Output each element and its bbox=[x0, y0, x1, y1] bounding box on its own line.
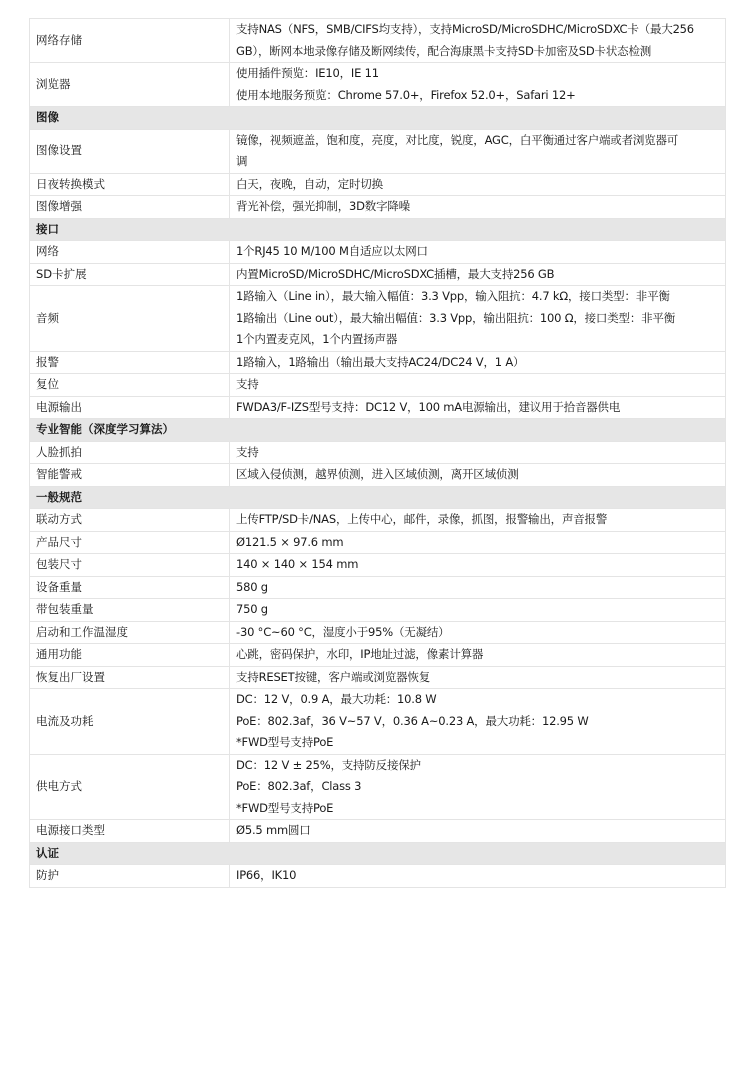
spec-row: 智能警戒区域入侵侦测，越界侦测，进入区域侦测，离开区域侦测 bbox=[30, 464, 726, 487]
spec-value: FWDA3/F-IZS型号支持：DC12 V，100 mA电源输出，建议用于拾音… bbox=[230, 396, 726, 419]
spec-key: 设备重量 bbox=[30, 576, 230, 599]
spec-value-line: Ø121.5 × 97.6 mm bbox=[236, 532, 719, 554]
spec-value-line: -30 °C~60 °C，湿度小于95%（无凝结） bbox=[236, 622, 719, 644]
spec-value-line: 支持 bbox=[236, 374, 719, 396]
spec-value: 心跳，密码保护，水印，IP地址过滤，像素计算器 bbox=[230, 644, 726, 667]
spec-value-line: PoE：802.3af，Class 3 bbox=[236, 776, 719, 798]
spec-key: 恢复出厂设置 bbox=[30, 666, 230, 689]
spec-value-line: 镜像，视频遮盖，饱和度，亮度，对比度，锐度，AGC，白平衡通过客户端或者浏览器可 bbox=[236, 130, 719, 152]
spec-row: 联动方式上传FTP/SD卡/NAS，上传中心，邮件，录像，抓图，报警输出，声音报… bbox=[30, 509, 726, 532]
spec-row: 电流及功耗DC：12 V，0.9 A，最大功耗：10.8 WPoE：802.3a… bbox=[30, 689, 726, 755]
spec-value: 580 g bbox=[230, 576, 726, 599]
spec-row: 人脸抓拍支持 bbox=[30, 441, 726, 464]
spec-key: 音频 bbox=[30, 286, 230, 352]
spec-key: 复位 bbox=[30, 374, 230, 397]
spec-key: 图像增强 bbox=[30, 196, 230, 219]
spec-row: 防护IP66，IK10 bbox=[30, 865, 726, 888]
spec-value-line: 1个内置麦克风，1个内置扬声器 bbox=[236, 329, 719, 351]
section-header: 图像 bbox=[30, 107, 726, 130]
spec-value-line: 区域入侵侦测，越界侦测，进入区域侦测，离开区域侦测 bbox=[236, 464, 719, 486]
spec-key: 网络 bbox=[30, 241, 230, 264]
spec-value-line: 使用本地服务预览：Chrome 57.0+，Firefox 52.0+，Safa… bbox=[236, 85, 719, 107]
spec-value: 750 g bbox=[230, 599, 726, 622]
spec-row: 复位支持 bbox=[30, 374, 726, 397]
spec-key: 防护 bbox=[30, 865, 230, 888]
spec-value-line: 白天，夜晚，自动，定时切换 bbox=[236, 174, 719, 196]
spec-table-body: 网络存储支持NAS（NFS，SMB/CIFS均支持），支持MicroSD/Mic… bbox=[30, 19, 726, 888]
spec-value-line: FWDA3/F-IZS型号支持：DC12 V，100 mA电源输出，建议用于拾音… bbox=[236, 397, 719, 419]
spec-key: 人脸抓拍 bbox=[30, 441, 230, 464]
spec-key: 日夜转换模式 bbox=[30, 173, 230, 196]
section-header: 接口 bbox=[30, 218, 726, 241]
spec-key: 供电方式 bbox=[30, 754, 230, 820]
spec-row: 设备重量580 g bbox=[30, 576, 726, 599]
spec-key: 联动方式 bbox=[30, 509, 230, 532]
spec-value: 支持 bbox=[230, 441, 726, 464]
spec-value-line: 支持 bbox=[236, 442, 719, 464]
spec-value: 镜像，视频遮盖，饱和度，亮度，对比度，锐度，AGC，白平衡通过客户端或者浏览器可… bbox=[230, 129, 726, 173]
section-title: 专业智能（深度学习算法） bbox=[30, 419, 726, 442]
spec-value-line: 750 g bbox=[236, 599, 719, 621]
spec-value: 1个RJ45 10 M/100 M自适应以太网口 bbox=[230, 241, 726, 264]
spec-key: 通用功能 bbox=[30, 644, 230, 667]
spec-key: 浏览器 bbox=[30, 63, 230, 107]
spec-value-line: 1路输出（Line out），最大输出幅值：3.3 Vpp，输出阻抗：100 Ω… bbox=[236, 308, 719, 330]
spec-row: 浏览器使用插件预览：IE10，IE 11使用本地服务预览：Chrome 57.0… bbox=[30, 63, 726, 107]
spec-value: 支持RESET按键，客户端或浏览器恢复 bbox=[230, 666, 726, 689]
spec-value: IP66，IK10 bbox=[230, 865, 726, 888]
spec-value-line: DC：12 V，0.9 A，最大功耗：10.8 W bbox=[236, 689, 719, 711]
spec-row: 音频1路输入（Line in），最大输入幅值：3.3 Vpp，输入阻抗：4.7 … bbox=[30, 286, 726, 352]
spec-row: 供电方式DC：12 V ± 25%，支持防反接保护PoE：802.3af，Cla… bbox=[30, 754, 726, 820]
spec-value: 支持 bbox=[230, 374, 726, 397]
spec-key: 电源接口类型 bbox=[30, 820, 230, 843]
spec-key: 网络存储 bbox=[30, 19, 230, 63]
spec-value-line: *FWD型号支持PoE bbox=[236, 732, 719, 754]
spec-value: Ø121.5 × 97.6 mm bbox=[230, 531, 726, 554]
spec-value-line: 内置MicroSD/MicroSDHC/MicroSDXC插槽，最大支持256 … bbox=[236, 264, 719, 286]
spec-value-line: 580 g bbox=[236, 577, 719, 599]
spec-value-line: 背光补偿，强光抑制，3D数字降噪 bbox=[236, 196, 719, 218]
spec-value-line: 调 bbox=[236, 151, 719, 173]
spec-table: 网络存储支持NAS（NFS，SMB/CIFS均支持），支持MicroSD/Mic… bbox=[29, 18, 726, 888]
spec-row: 包装尺寸140 × 140 × 154 mm bbox=[30, 554, 726, 577]
spec-row: 网络存储支持NAS（NFS，SMB/CIFS均支持），支持MicroSD/Mic… bbox=[30, 19, 726, 63]
spec-row: 恢复出厂设置支持RESET按键，客户端或浏览器恢复 bbox=[30, 666, 726, 689]
spec-key: 启动和工作温湿度 bbox=[30, 621, 230, 644]
spec-value: -30 °C~60 °C，湿度小于95%（无凝结） bbox=[230, 621, 726, 644]
spec-value-line: PoE：802.3af，36 V~57 V，0.36 A~0.23 A，最大功耗… bbox=[236, 711, 719, 733]
spec-value-line: 上传FTP/SD卡/NAS，上传中心，邮件，录像，抓图，报警输出，声音报警 bbox=[236, 509, 719, 531]
spec-row: 电源接口类型Ø5.5 mm圆口 bbox=[30, 820, 726, 843]
section-title: 认证 bbox=[30, 842, 726, 865]
section-title: 图像 bbox=[30, 107, 726, 130]
spec-value: DC：12 V ± 25%，支持防反接保护PoE：802.3af，Class 3… bbox=[230, 754, 726, 820]
section-header: 专业智能（深度学习算法） bbox=[30, 419, 726, 442]
spec-value-line: 140 × 140 × 154 mm bbox=[236, 554, 719, 576]
spec-value: 使用插件预览：IE10，IE 11使用本地服务预览：Chrome 57.0+，F… bbox=[230, 63, 726, 107]
spec-value: Ø5.5 mm圆口 bbox=[230, 820, 726, 843]
spec-row: 报警1路输入，1路输出（输出最大支持AC24/DC24 V，1 A） bbox=[30, 351, 726, 374]
section-header: 一般规范 bbox=[30, 486, 726, 509]
spec-row: 图像设置镜像，视频遮盖，饱和度，亮度，对比度，锐度，AGC，白平衡通过客户端或者… bbox=[30, 129, 726, 173]
spec-value: 区域入侵侦测，越界侦测，进入区域侦测，离开区域侦测 bbox=[230, 464, 726, 487]
spec-key: 图像设置 bbox=[30, 129, 230, 173]
spec-value-line: 使用插件预览：IE10，IE 11 bbox=[236, 63, 719, 85]
section-title: 一般规范 bbox=[30, 486, 726, 509]
spec-row: 图像增强背光补偿，强光抑制，3D数字降噪 bbox=[30, 196, 726, 219]
spec-key: 报警 bbox=[30, 351, 230, 374]
spec-value: 140 × 140 × 154 mm bbox=[230, 554, 726, 577]
spec-row: 带包装重量750 g bbox=[30, 599, 726, 622]
spec-key: 电源输出 bbox=[30, 396, 230, 419]
spec-value: DC：12 V，0.9 A，最大功耗：10.8 WPoE：802.3af，36 … bbox=[230, 689, 726, 755]
spec-row: 网络1个RJ45 10 M/100 M自适应以太网口 bbox=[30, 241, 726, 264]
spec-value-line: 支持RESET按键，客户端或浏览器恢复 bbox=[236, 667, 719, 689]
spec-value-line: 1路输入，1路输出（输出最大支持AC24/DC24 V，1 A） bbox=[236, 352, 719, 374]
spec-value: 白天，夜晚，自动，定时切换 bbox=[230, 173, 726, 196]
spec-key: 电流及功耗 bbox=[30, 689, 230, 755]
spec-value-line: GB），断网本地录像存储及断网续传，配合海康黑卡支持SD卡加密及SD卡状态检测 bbox=[236, 41, 719, 63]
spec-row: 启动和工作温湿度-30 °C~60 °C，湿度小于95%（无凝结） bbox=[30, 621, 726, 644]
spec-value: 上传FTP/SD卡/NAS，上传中心，邮件，录像，抓图，报警输出，声音报警 bbox=[230, 509, 726, 532]
spec-row: SD卡扩展内置MicroSD/MicroSDHC/MicroSDXC插槽，最大支… bbox=[30, 263, 726, 286]
spec-value-line: DC：12 V ± 25%，支持防反接保护 bbox=[236, 755, 719, 777]
spec-key: 包装尺寸 bbox=[30, 554, 230, 577]
spec-value-line: 支持NAS（NFS，SMB/CIFS均支持），支持MicroSD/MicroSD… bbox=[236, 19, 719, 41]
section-header: 认证 bbox=[30, 842, 726, 865]
spec-value-line: IP66，IK10 bbox=[236, 865, 719, 887]
spec-key: 产品尺寸 bbox=[30, 531, 230, 554]
spec-value-line: 心跳，密码保护，水印，IP地址过滤，像素计算器 bbox=[236, 644, 719, 666]
spec-value: 背光补偿，强光抑制，3D数字降噪 bbox=[230, 196, 726, 219]
spec-key: 智能警戒 bbox=[30, 464, 230, 487]
spec-row: 通用功能心跳，密码保护，水印，IP地址过滤，像素计算器 bbox=[30, 644, 726, 667]
spec-value: 内置MicroSD/MicroSDHC/MicroSDXC插槽，最大支持256 … bbox=[230, 263, 726, 286]
spec-key: SD卡扩展 bbox=[30, 263, 230, 286]
spec-value: 1路输入，1路输出（输出最大支持AC24/DC24 V，1 A） bbox=[230, 351, 726, 374]
spec-row: 电源输出FWDA3/F-IZS型号支持：DC12 V，100 mA电源输出，建议… bbox=[30, 396, 726, 419]
spec-row: 产品尺寸Ø121.5 × 97.6 mm bbox=[30, 531, 726, 554]
spec-key: 带包装重量 bbox=[30, 599, 230, 622]
spec-value-line: 1个RJ45 10 M/100 M自适应以太网口 bbox=[236, 241, 719, 263]
section-title: 接口 bbox=[30, 218, 726, 241]
spec-value-line: Ø5.5 mm圆口 bbox=[236, 820, 719, 842]
spec-value: 支持NAS（NFS，SMB/CIFS均支持），支持MicroSD/MicroSD… bbox=[230, 19, 726, 63]
spec-value-line: 1路输入（Line in），最大输入幅值：3.3 Vpp，输入阻抗：4.7 kΩ… bbox=[236, 286, 719, 308]
spec-value: 1路输入（Line in），最大输入幅值：3.3 Vpp，输入阻抗：4.7 kΩ… bbox=[230, 286, 726, 352]
spec-row: 日夜转换模式白天，夜晚，自动，定时切换 bbox=[30, 173, 726, 196]
spec-value-line: *FWD型号支持PoE bbox=[236, 798, 719, 820]
